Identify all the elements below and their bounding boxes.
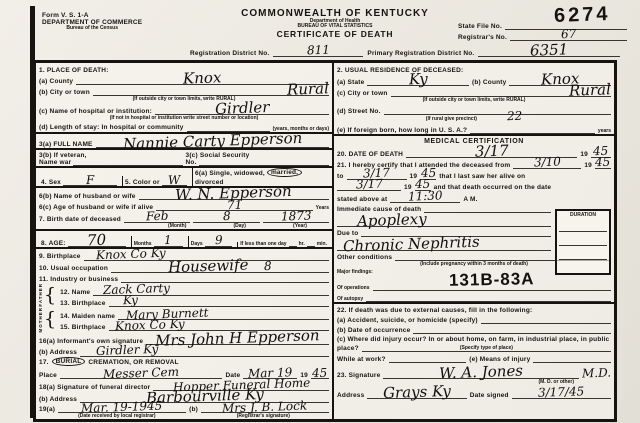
fullname-line: Nannie Carty Epperson <box>96 135 329 148</box>
bureau-census: Bureau of the Census <box>42 26 142 31</box>
due-value: Chronic Nephritis <box>343 236 480 253</box>
veteran-label2: Name war <box>39 159 71 166</box>
occurrence-date-label: (b) Date of occurrence <box>337 327 410 334</box>
birth-year-line: 1873 <box>263 212 329 223</box>
res-street-value: 22 <box>507 112 523 122</box>
burial-year-value: 45 <box>312 368 328 378</box>
age-days-line: 9 <box>205 236 232 247</box>
age-days-value: 9 <box>214 236 222 246</box>
marital-circled-value: married, <box>267 168 302 177</box>
fullname-label: 3(a) FULL NAME <box>39 141 93 148</box>
ssn-label2: No. <box>186 159 197 166</box>
duration-line <box>559 246 607 260</box>
injury-where-note: (Specify type of place) <box>460 346 513 351</box>
sex-field: 4. Sex F <box>39 176 119 187</box>
mother-birthplace-value: Knox Co Ky <box>114 320 184 332</box>
certify-text-3: and that death occurred on the date <box>434 184 552 191</box>
sex-value: F <box>86 176 95 186</box>
hospital-value: Girdler <box>215 101 270 115</box>
min-line <box>307 246 315 247</box>
burial-number: 17. <box>39 359 49 366</box>
state-file-label: State File No. <box>458 23 502 30</box>
hr-note: hr. <box>299 242 305 247</box>
year-note: (Year) <box>293 224 307 229</box>
father-birthplace-line: Ky <box>109 296 329 307</box>
birthplace-label: 9. Birthplace <box>39 253 81 260</box>
age-months-value: 1 <box>164 236 172 246</box>
informant-address-label: (b) Address <box>39 349 77 356</box>
reg-district-value: 811 <box>307 46 330 56</box>
attended-from-line: 3/10 <box>513 158 581 169</box>
informant-address-line: Girdler Ky <box>80 346 329 357</box>
attended-from-value: 3/10 <box>534 158 561 169</box>
primary-district-line: 6351 <box>478 44 620 57</box>
min-note: min. <box>317 242 327 247</box>
primary-district-value: 6351 <box>530 43 569 56</box>
y1-value: 45 <box>595 158 611 168</box>
occupation-value: Housewife <box>168 258 249 273</box>
reg-district-label: Registration District No. <box>190 50 269 57</box>
hospital-label: (c) Name of hospital or institution: <box>39 108 152 115</box>
left-column: 1. PLACE OF DEATH: (a) County Knox (b) C… <box>36 63 334 419</box>
mother-side-label: MOTHER <box>38 307 43 333</box>
burial-circled: BURIAL <box>52 357 86 366</box>
dod-year-pre: 19 <box>580 151 588 158</box>
spouse-age-label: 6(c) Age of husband or wife if alive <box>39 204 153 211</box>
mother-brace: { <box>44 311 56 328</box>
physician-address-line: Grays Ky <box>367 386 466 399</box>
form-number: Form V. S. 1-A <box>42 12 142 19</box>
mother-name-label: 14. Maiden name <box>60 313 115 320</box>
ssn-label: 3(c) Social Security <box>186 152 330 159</box>
fullname-value: Nannie Carty Epperson <box>123 132 303 150</box>
res-city-label: (c) City or town <box>337 90 388 97</box>
birth-year: 1873 <box>280 212 311 223</box>
date-signed-label: Date signed <box>470 392 509 399</box>
registration-district-line: Registration District No. 811 Primary Re… <box>190 44 620 57</box>
received-line: Mar. 19-1945 <box>58 403 186 414</box>
age-label: 8. AGE: <box>41 240 66 247</box>
am-label: A M. <box>463 196 477 203</box>
foreign-born-suffix: years <box>598 129 611 134</box>
cause-hw-line: Apoplexy <box>337 214 551 227</box>
res-city-line: Rural <box>391 84 611 97</box>
father-section: FATHER { 12. Name Zack Carty 13. Birthpl… <box>36 283 332 307</box>
last-saw-line: 3/17 <box>337 180 401 191</box>
physician-address-label: Address <box>337 392 364 399</box>
other-conditions-label: Other conditions <box>337 254 392 261</box>
registrar-sig-value: Mrs J. B. Lock <box>222 401 307 414</box>
physician-address-value: Grays Ky <box>383 385 451 399</box>
marital-label: 6(a) Single, widowed, <box>195 170 265 177</box>
father-birthplace-value: Ky <box>122 296 137 306</box>
race-line: W <box>162 176 187 187</box>
registrar-no-line: 67 <box>510 30 627 41</box>
right-column: 2. USUAL RESIDENCE OF DECEASED: (a) Stat… <box>334 63 614 419</box>
registrar-sig-number: (b) <box>189 406 198 413</box>
birth-month-line: Feb <box>124 212 190 223</box>
external-causes-label: 22. If death was due to external causes,… <box>337 307 532 314</box>
informant-line: Mrs John H Epperson <box>146 332 329 345</box>
duration-line <box>559 232 607 246</box>
registrar-no-label: Registrar's No. <box>458 34 507 41</box>
certify-text-2: that I last saw her alive on <box>439 173 525 180</box>
occupation-line: Housewife 8 <box>111 260 329 273</box>
month-note: (Month) <box>168 224 186 229</box>
date-of-death-label: 20. DATE OF DEATH <box>337 151 403 158</box>
certificate-title: CERTIFICATE OF DEATH <box>225 29 445 39</box>
father-brace: { <box>44 287 56 304</box>
registrar-sig-note: (Registrar's signature) <box>237 414 290 419</box>
occupation-label: 10. Usual occupation <box>39 265 108 272</box>
hour-line: 11:30 <box>390 192 460 203</box>
physician-md-value: M.D. <box>582 369 611 380</box>
stay-label: (d) Length of stay: In hospital or commu… <box>39 124 184 131</box>
while-at-work-label: While at work? <box>337 356 386 363</box>
race-value: W <box>168 175 181 185</box>
spouse-label: 6(b) Name of husband or wife <box>39 193 136 200</box>
occupation-mark: 8 <box>264 262 272 272</box>
birth-month: Feb <box>146 212 169 222</box>
burial-place-label: Place <box>39 372 57 379</box>
father-name-label: 12. Name <box>60 289 90 296</box>
burial-place-line: Messer Cem <box>60 369 222 380</box>
y1-pre: 19 <box>584 162 592 169</box>
header-right: 6274 State File No. Registrar's No. 67 <box>455 4 630 41</box>
res-city-value: Rural <box>569 83 611 96</box>
hospital-line: Girdler <box>155 102 329 115</box>
hr-line <box>289 246 297 247</box>
birthdate-label: 7. Birth date of deceased <box>39 216 121 223</box>
foreign-born-line <box>470 133 595 134</box>
injury-where-label-2: place? <box>337 345 359 352</box>
physician-signature-line: W. A. Jones <box>383 366 578 379</box>
certify-text-4: stated above at <box>337 196 387 203</box>
accident-label: (a) Accident, suicide, or homicide (spec… <box>337 317 478 324</box>
age-days-field: Days 9 <box>188 236 234 247</box>
res-state-label: (a) State <box>337 79 364 86</box>
of-autopsy-label: Of autopsy <box>337 297 363 302</box>
burial-year-line: 45 <box>311 369 329 380</box>
age-value: 70 <box>87 233 107 246</box>
header-left: Form V. S. 1-A DEPARTMENT OF COMMERCE Bu… <box>42 12 142 31</box>
due-hw-line: Chronic Nephritis <box>337 238 551 251</box>
of-autopsy-line <box>366 301 611 302</box>
city-value: Rural <box>287 82 329 95</box>
primary-district-label: Primary Registration District No. <box>367 50 474 57</box>
physician-signature-label: 23. Signature <box>337 372 380 379</box>
res-street-label: (d) Street No. <box>337 108 381 115</box>
informant-address-value: Girdler Ky <box>96 345 159 357</box>
sex-label: 4. Sex <box>41 179 61 186</box>
y1-line: 45 <box>595 158 611 169</box>
date-signed-line: 3/17/45 <box>512 388 611 399</box>
father-birthplace-label: 13. Birthplace <box>60 300 105 307</box>
mother-birthplace-label: 15. Birthplace <box>60 324 105 331</box>
operations-code-stamp: 131B-83A <box>449 269 535 290</box>
death-certificate-scan: Form V. S. 1-A DEPARTMENT OF COMMERCE Bu… <box>0 0 640 423</box>
less-note: If less than one day <box>240 242 286 247</box>
cause-value: Apoplexy <box>357 213 427 227</box>
date-signed-value: 3/17/45 <box>538 388 585 399</box>
birth-day-line: 8 <box>193 212 259 223</box>
less-than-day-field: If less than one day hr. min. <box>237 242 329 247</box>
ssn-line <box>199 165 329 166</box>
last-saw-value: 3/17 <box>355 180 382 191</box>
duration-line <box>559 218 607 232</box>
veteran-line <box>73 165 182 166</box>
day-note: (Day) <box>233 224 246 229</box>
veteran-field: 3(b) If veteran, Name war <box>39 152 183 166</box>
age-field: 8. AGE: 70 <box>39 234 128 247</box>
received-note: (Date received by local registrar) <box>78 414 156 419</box>
race-field: 5. Color or W <box>122 176 189 187</box>
header-center: COMMONWEALTH OF KENTUCKY Department of H… <box>225 8 445 39</box>
received-date-value: Mar. 19-1945 <box>81 401 163 413</box>
city-label: (b) City or town <box>39 89 90 96</box>
age-line: 70 <box>68 234 126 247</box>
birth-day: 8 <box>222 212 230 222</box>
city-line: Rural <box>93 83 329 96</box>
burial-place-value: Messer Cem <box>103 367 179 379</box>
certificate-form: 1. PLACE OF DEATH: (a) County Knox (b) C… <box>33 60 617 422</box>
sex-line: F <box>63 176 117 187</box>
father-side-label: FATHER <box>38 283 43 307</box>
duration-box: DURATION <box>555 209 611 275</box>
ssn-field: 3(c) Social Security No. <box>186 152 330 166</box>
race-label: 5. Color or <box>125 179 160 186</box>
hour-value: 11:30 <box>408 192 443 203</box>
date-of-death-value: 3/17 <box>475 144 509 157</box>
received-number: 19(a) <box>39 406 55 413</box>
reg-district-line: 811 <box>273 46 363 57</box>
to-label: to <box>337 173 344 180</box>
days-note: Days <box>191 242 203 247</box>
registrar-sig-line: Mrs J. B. Lock <box>201 403 329 414</box>
foreign-born-label: (e) If foreign born, how long in U. S. A… <box>337 127 467 134</box>
veteran-label: 3(b) If veteran, <box>39 152 183 159</box>
physician-signature-value: W. A. Jones <box>439 365 523 380</box>
registrar-no-value: 67 <box>561 30 577 40</box>
county-label: (a) County <box>39 78 73 85</box>
injury-where-label: (c) Where did injury occur? In or about … <box>337 336 609 343</box>
